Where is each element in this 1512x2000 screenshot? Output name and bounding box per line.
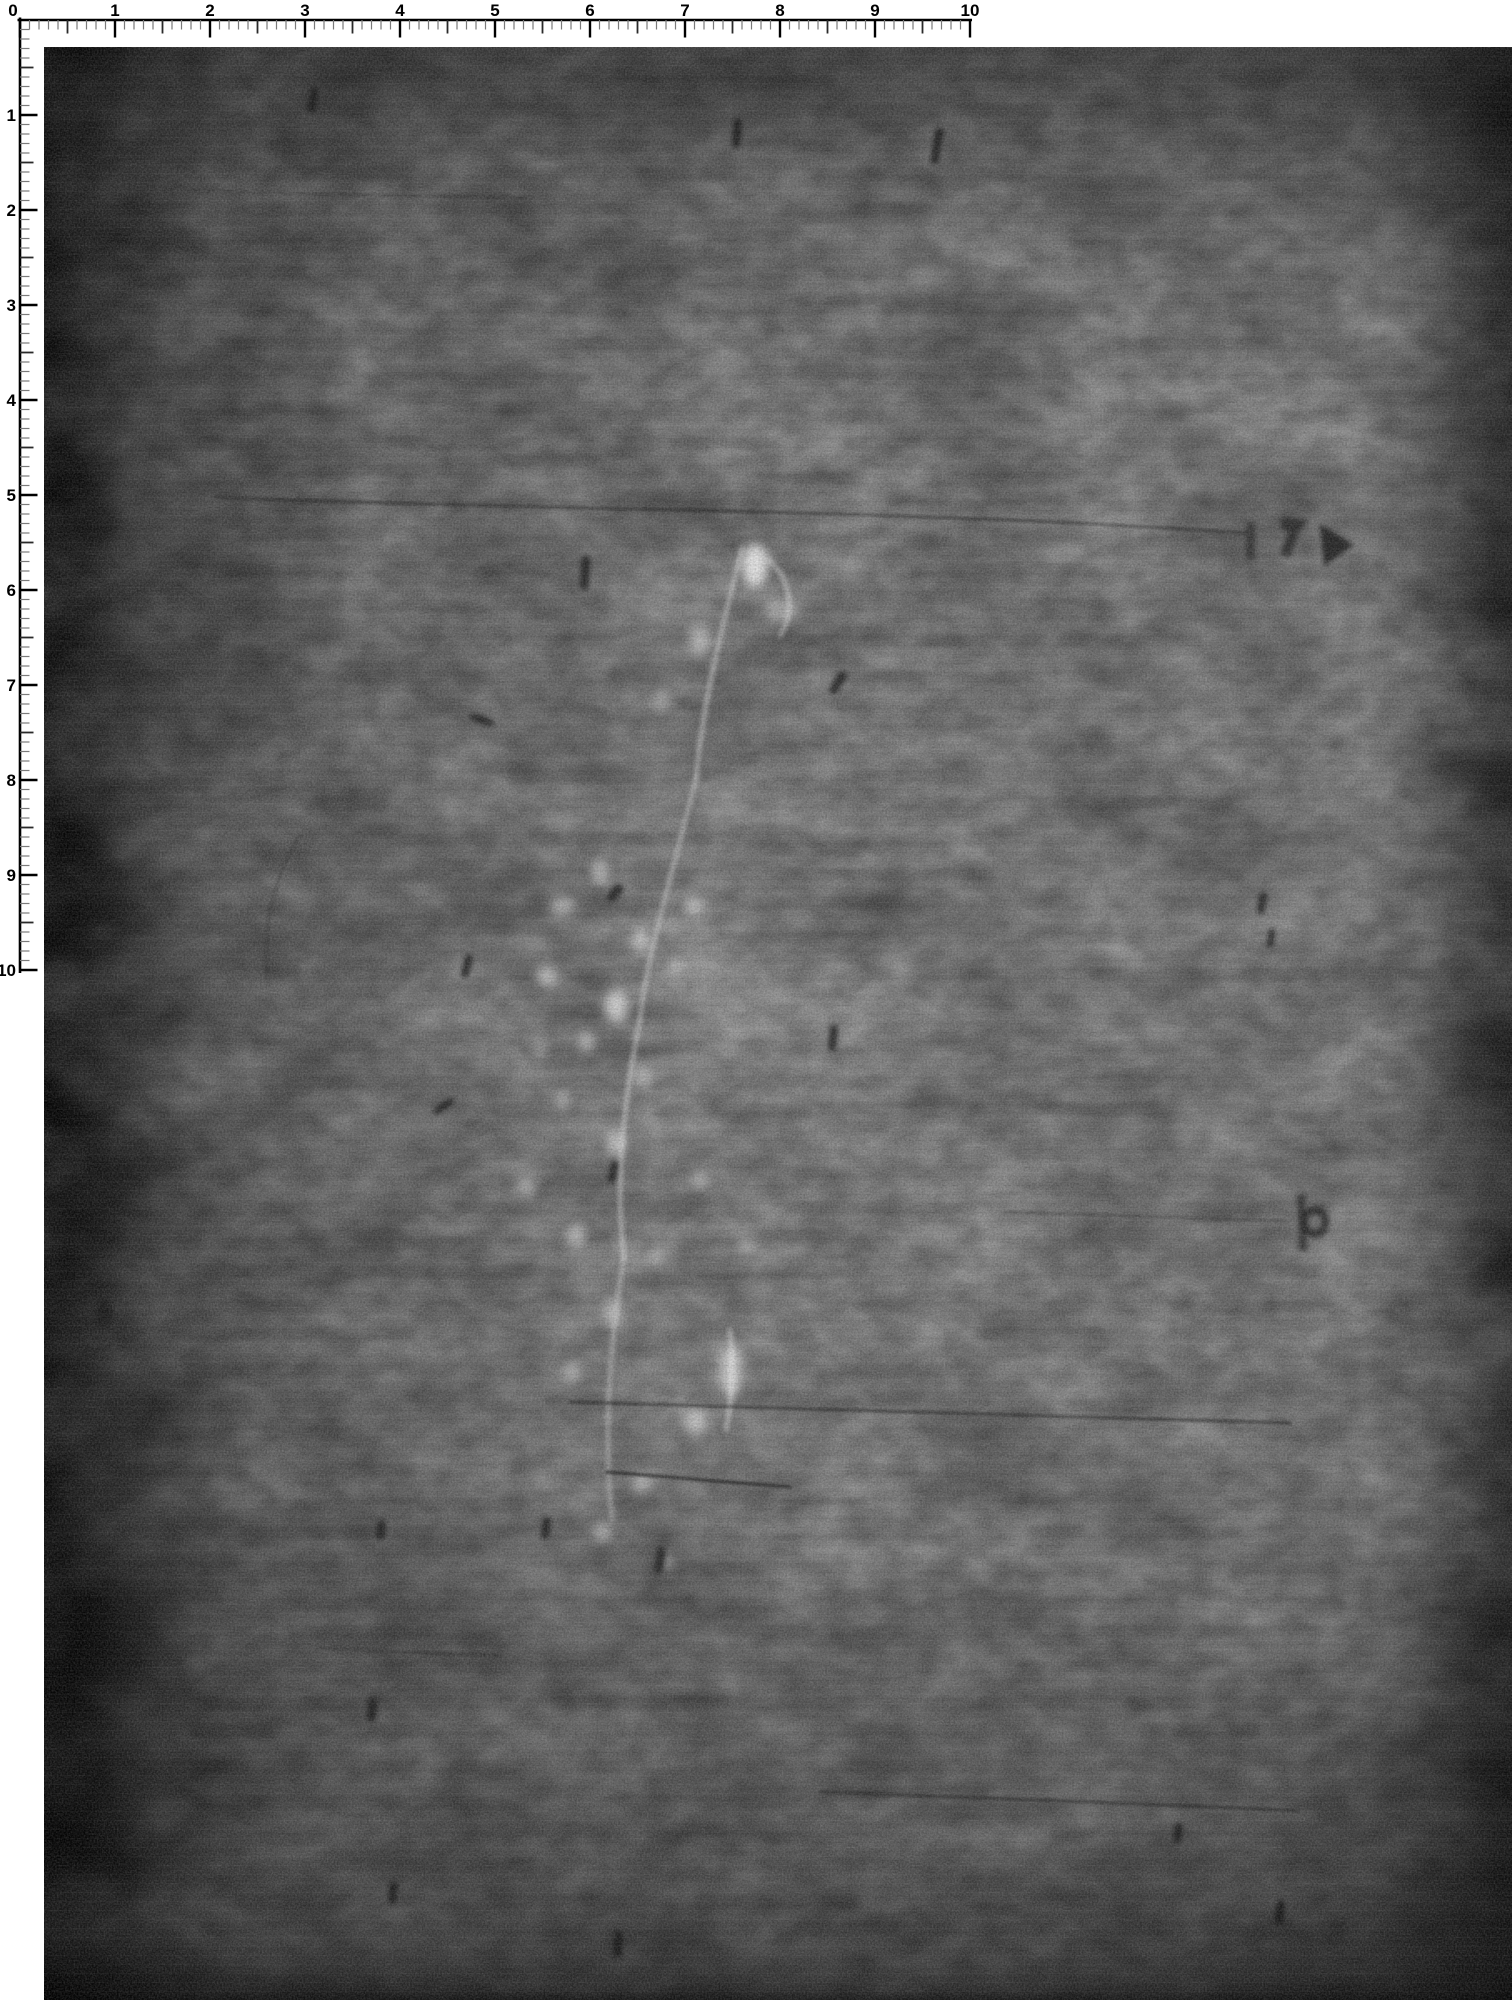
ruler-top-label: 1 bbox=[110, 1, 119, 20]
ruler-left-label: 10 bbox=[0, 961, 16, 980]
scan-page: 012345678910 12345678910 bbox=[0, 0, 1512, 2000]
ruler-top-label: 4 bbox=[395, 1, 405, 20]
ruler-top-label: 0 bbox=[8, 1, 17, 20]
ruler-left-label: 7 bbox=[7, 676, 16, 695]
ruler-left-label: 2 bbox=[7, 201, 16, 220]
ruler-top-label: 9 bbox=[870, 1, 879, 20]
ruler-left-label: 6 bbox=[7, 581, 16, 600]
ruler-vertical: 12345678910 bbox=[0, 18, 38, 981]
ruler-top-label: 2 bbox=[205, 1, 214, 20]
ruler-left-label: 9 bbox=[7, 866, 16, 885]
manuscript-photo bbox=[44, 47, 1512, 2000]
ruler-top-label: 3 bbox=[300, 1, 309, 20]
ruler-left-label: 1 bbox=[7, 106, 16, 125]
ruler-top-label: 8 bbox=[775, 1, 784, 20]
ruler-top-label: 6 bbox=[585, 1, 594, 20]
ruler-left-label: 3 bbox=[7, 296, 16, 315]
ruler-horizontal: 012345678910 bbox=[8, 1, 979, 38]
ruler-left-label: 8 bbox=[7, 771, 16, 790]
ruler-top-label: 10 bbox=[961, 1, 980, 20]
ruler-top-label: 7 bbox=[680, 1, 689, 20]
ruler-top-label: 5 bbox=[490, 1, 499, 20]
parchment-mottle-layer bbox=[44, 47, 1512, 2000]
ruler-left-label: 4 bbox=[7, 391, 17, 410]
ruler-left-label: 5 bbox=[7, 486, 16, 505]
